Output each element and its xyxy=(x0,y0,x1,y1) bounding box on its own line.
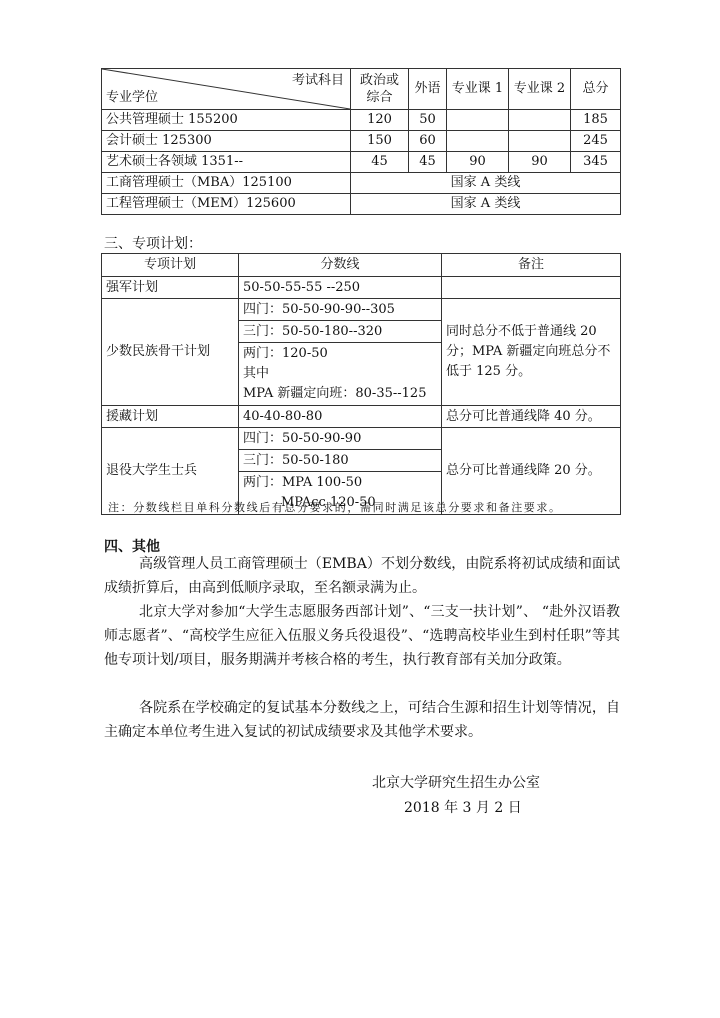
score-cell xyxy=(509,110,571,131)
subject-header-label: 考试科目 xyxy=(292,73,344,89)
table-row-veteran: 退役大学生士兵 四门：50-50-90-90 总分可比普通线降 20 分。 xyxy=(102,428,621,450)
table-row: 公共管理硕士 155200 120 50 185 xyxy=(102,110,621,131)
score-cell: 45 xyxy=(409,152,447,173)
total-cell: 345 xyxy=(571,152,621,173)
table-row: 会计硕士 125300 150 60 245 xyxy=(102,131,621,152)
score-line: 40-40-80-80 xyxy=(239,406,442,428)
paragraph-bonus-policy: 北京大学对参加“大学生志愿服务西部计划”、“三支一扶计划”、 “赴外汉语教师志愿… xyxy=(104,600,620,672)
score-cell: 60 xyxy=(409,131,447,152)
merged-score-cell: 国家 A 类线 xyxy=(351,194,621,215)
table-row: 艺术硕士各领域 1351-- 45 45 90 90 345 xyxy=(102,152,621,173)
column-header-total: 总分 xyxy=(571,69,621,110)
plan-name: 少数民族骨干计划 xyxy=(102,299,239,406)
degree-name: 艺术硕士各领域 1351-- xyxy=(102,152,351,173)
table-footnote: 注：分数线栏目单科分数线后有总分要求的，需同时满足该总分要求和备注要求。 xyxy=(108,499,562,515)
degree-header-label: 专业学位 xyxy=(106,90,158,106)
special-plans-table: 专项计划 分数线 备注 强军计划 50-50-55-55 --250 少数民族骨… xyxy=(101,253,621,515)
document-page: 考试科目 专业学位 政治或综合 外语 专业课 1 专业课 2 总分 公共管理硕士… xyxy=(0,0,720,1018)
remark: 总分可比普通线降 40 分。 xyxy=(442,406,621,428)
table-row-minority: 少数民族骨干计划 四门：50-50-90-90--305 同时总分不低于普通线 … xyxy=(102,299,621,321)
degree-name: 会计硕士 125300 xyxy=(102,131,351,152)
table-header-row: 考试科目 专业学位 政治或综合 外语 专业课 1 专业课 2 总分 xyxy=(102,69,621,110)
table-row: 工程管理硕士（MEM）125600 国家 A 类线 xyxy=(102,194,621,215)
column-header-remark: 备注 xyxy=(442,254,621,277)
score-line-four-subjects: 四门：50-50-90-90 xyxy=(239,428,442,450)
signature-organization: 北京大学研究生招生办公室 xyxy=(372,772,540,792)
column-header-plan: 专项计划 xyxy=(102,254,239,277)
table-row-yuanzang: 援藏计划 40-40-80-80 总分可比普通线降 40 分。 xyxy=(102,406,621,428)
remark: 同时总分不低于普通线 20 分；MPA 新疆定向班总分不低于 125 分。 xyxy=(442,299,621,406)
score-cell xyxy=(447,131,509,152)
diagonal-header-cell: 考试科目 专业学位 xyxy=(102,69,351,110)
paragraph-department-requirements: 各院系在学校确定的复试基本分数线之上，可结合生源和招生计划等情况，自主确定本单位… xyxy=(104,696,620,744)
column-header-major2: 专业课 2 xyxy=(509,69,571,110)
score-cell: 45 xyxy=(351,152,409,173)
score-line: 50-50-55-55 --250 xyxy=(239,277,442,299)
score-line-three-subjects: 三门：50-50-180--320 xyxy=(239,321,442,343)
column-header-major1: 专业课 1 xyxy=(447,69,509,110)
score-cell: 90 xyxy=(447,152,509,173)
merged-score-cell: 国家 A 类线 xyxy=(351,173,621,194)
score-cell xyxy=(509,131,571,152)
score-cell: 90 xyxy=(509,152,571,173)
table-header-row: 专项计划 分数线 备注 xyxy=(102,254,621,277)
column-header-language: 外语 xyxy=(409,69,447,110)
signature-date: 2018 年 3 月 2 日 xyxy=(404,797,522,817)
plan-name: 强军计划 xyxy=(102,277,239,299)
score-cell: 120 xyxy=(351,110,409,131)
plan-name: 援藏计划 xyxy=(102,406,239,428)
total-cell: 185 xyxy=(571,110,621,131)
table-row-qiangjun: 强军计划 50-50-55-55 --250 xyxy=(102,277,621,299)
column-header-politics: 政治或综合 xyxy=(351,69,409,110)
total-cell: 245 xyxy=(571,131,621,152)
paragraph-emba: 高级管理人员工商管理硕士（EMBA）不划分数线，由院系将初试成绩和面试成绩折算后… xyxy=(104,552,620,600)
degree-name: 工程管理硕士（MEM）125600 xyxy=(102,194,351,215)
degree-name: 工商管理硕士（MBA）125100 xyxy=(102,173,351,194)
score-line-four-subjects: 四门：50-50-90-90--305 xyxy=(239,299,442,321)
remark xyxy=(442,277,621,299)
column-header-score: 分数线 xyxy=(239,254,442,277)
table-row: 工商管理硕士（MBA）125100 国家 A 类线 xyxy=(102,173,621,194)
score-cell: 50 xyxy=(409,110,447,131)
score-cell: 150 xyxy=(351,131,409,152)
score-line-two-subjects: 两门：120-50 其中 MPA 新疆定向班：80-35--125 xyxy=(239,343,442,406)
section-heading-special-plans: 三、专项计划： xyxy=(104,233,202,253)
degree-name: 公共管理硕士 155200 xyxy=(102,110,351,131)
score-cell xyxy=(447,110,509,131)
score-line-three-subjects: 三门：50-50-180 xyxy=(239,450,442,472)
professional-degree-score-table: 考试科目 专业学位 政治或综合 外语 专业课 1 专业课 2 总分 公共管理硕士… xyxy=(101,68,621,215)
